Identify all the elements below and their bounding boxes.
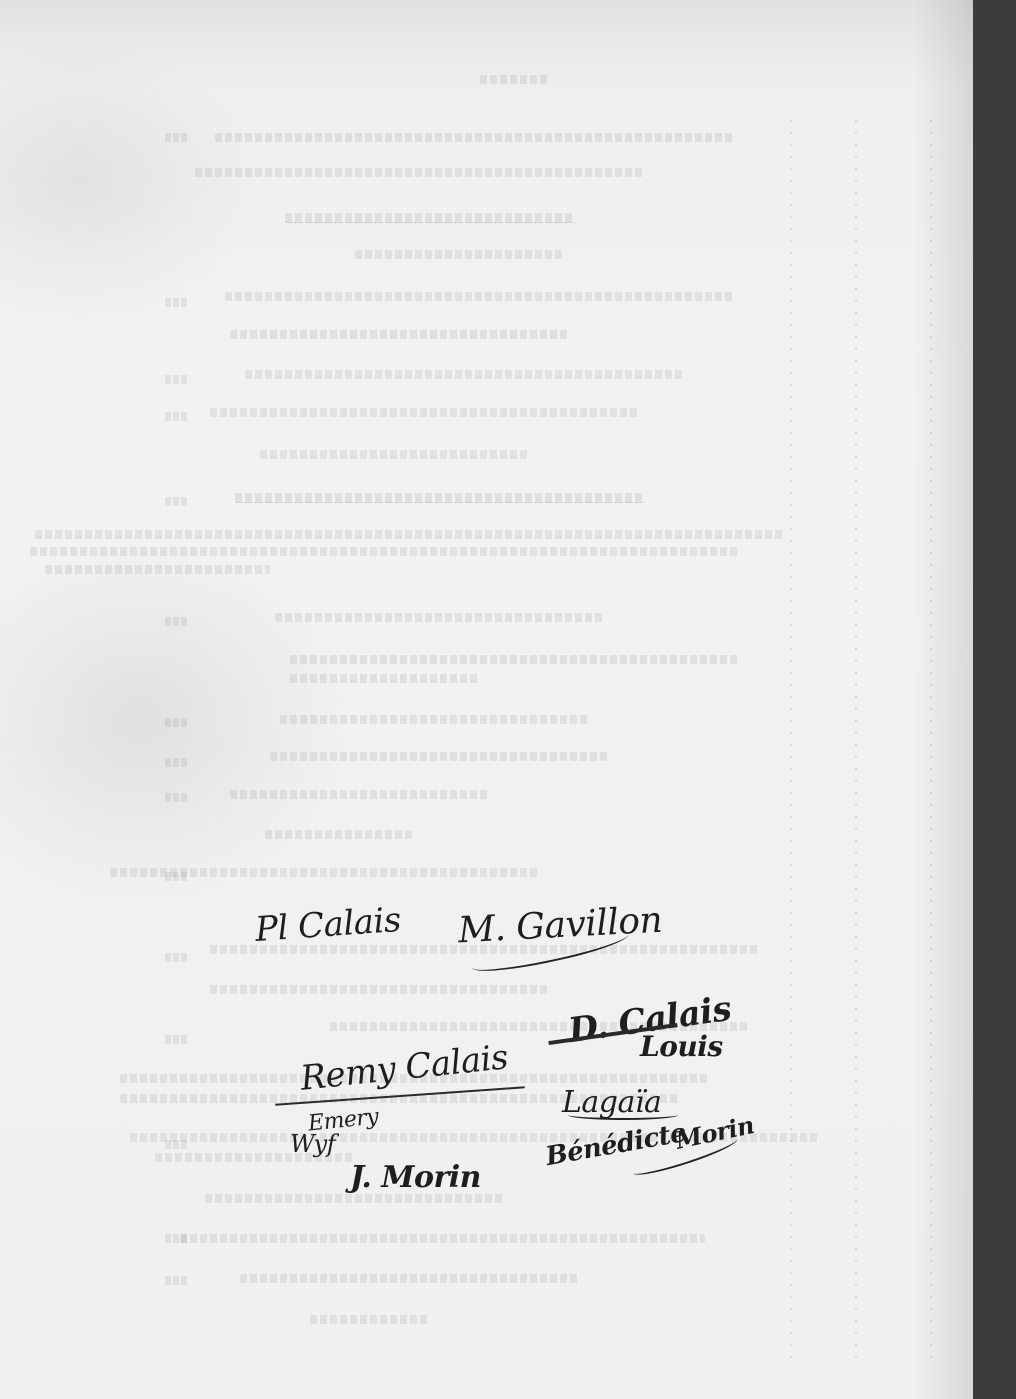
showthrough-line — [215, 133, 735, 142]
showthrough-line — [260, 450, 530, 459]
showthrough-line — [225, 292, 735, 301]
showthrough-line — [290, 655, 740, 664]
showthrough-line — [245, 370, 685, 379]
showthrough-number — [165, 793, 187, 802]
signature: Pl Calais — [254, 900, 402, 950]
dotted-column-rule — [930, 120, 932, 1360]
showthrough-line — [310, 1315, 430, 1324]
showthrough-number — [165, 718, 187, 727]
showthrough-number — [165, 497, 187, 506]
showthrough-line — [205, 1194, 505, 1203]
showthrough-number — [165, 617, 187, 626]
showthrough-line — [270, 752, 610, 761]
showthrough-line — [275, 613, 605, 622]
signature: J. Morin — [350, 1160, 481, 1195]
showthrough-line — [355, 250, 565, 259]
showthrough-line — [230, 330, 570, 339]
showthrough-number — [165, 758, 187, 767]
showthrough-number — [165, 1140, 187, 1149]
showthrough-line — [210, 985, 550, 994]
scan-background — [973, 0, 1016, 1399]
showthrough-line — [230, 790, 490, 799]
showthrough-number — [165, 298, 187, 307]
showthrough-line — [30, 547, 740, 556]
dotted-column-rule — [790, 120, 792, 1360]
scanned-page: Pl Calais M. Gavillon Remy Calais D. Cal… — [0, 0, 973, 1399]
showthrough-number — [165, 1276, 187, 1285]
showthrough-line — [480, 75, 550, 84]
showthrough-line — [285, 213, 575, 223]
showthrough-line — [45, 565, 270, 574]
showthrough-number — [165, 375, 187, 384]
showthrough-line — [240, 1274, 580, 1283]
signature: Wyf — [290, 1130, 335, 1158]
showthrough-number — [165, 133, 187, 142]
showthrough-number — [165, 1234, 187, 1243]
signature-flourish — [568, 1110, 678, 1120]
showthrough-number — [165, 412, 187, 421]
showthrough-line — [195, 168, 645, 177]
showthrough-number — [165, 872, 187, 881]
showthrough-line — [280, 715, 590, 724]
showthrough-line — [265, 830, 415, 839]
showthrough-line — [210, 408, 640, 417]
showthrough-number — [165, 953, 187, 962]
showthrough-number — [165, 1035, 187, 1044]
dotted-column-rule — [855, 120, 857, 1360]
showthrough-line — [235, 493, 645, 503]
showthrough-line — [35, 530, 785, 539]
showthrough-line — [180, 1234, 705, 1243]
signature: Louis — [640, 1030, 723, 1063]
showthrough-line — [290, 674, 480, 683]
